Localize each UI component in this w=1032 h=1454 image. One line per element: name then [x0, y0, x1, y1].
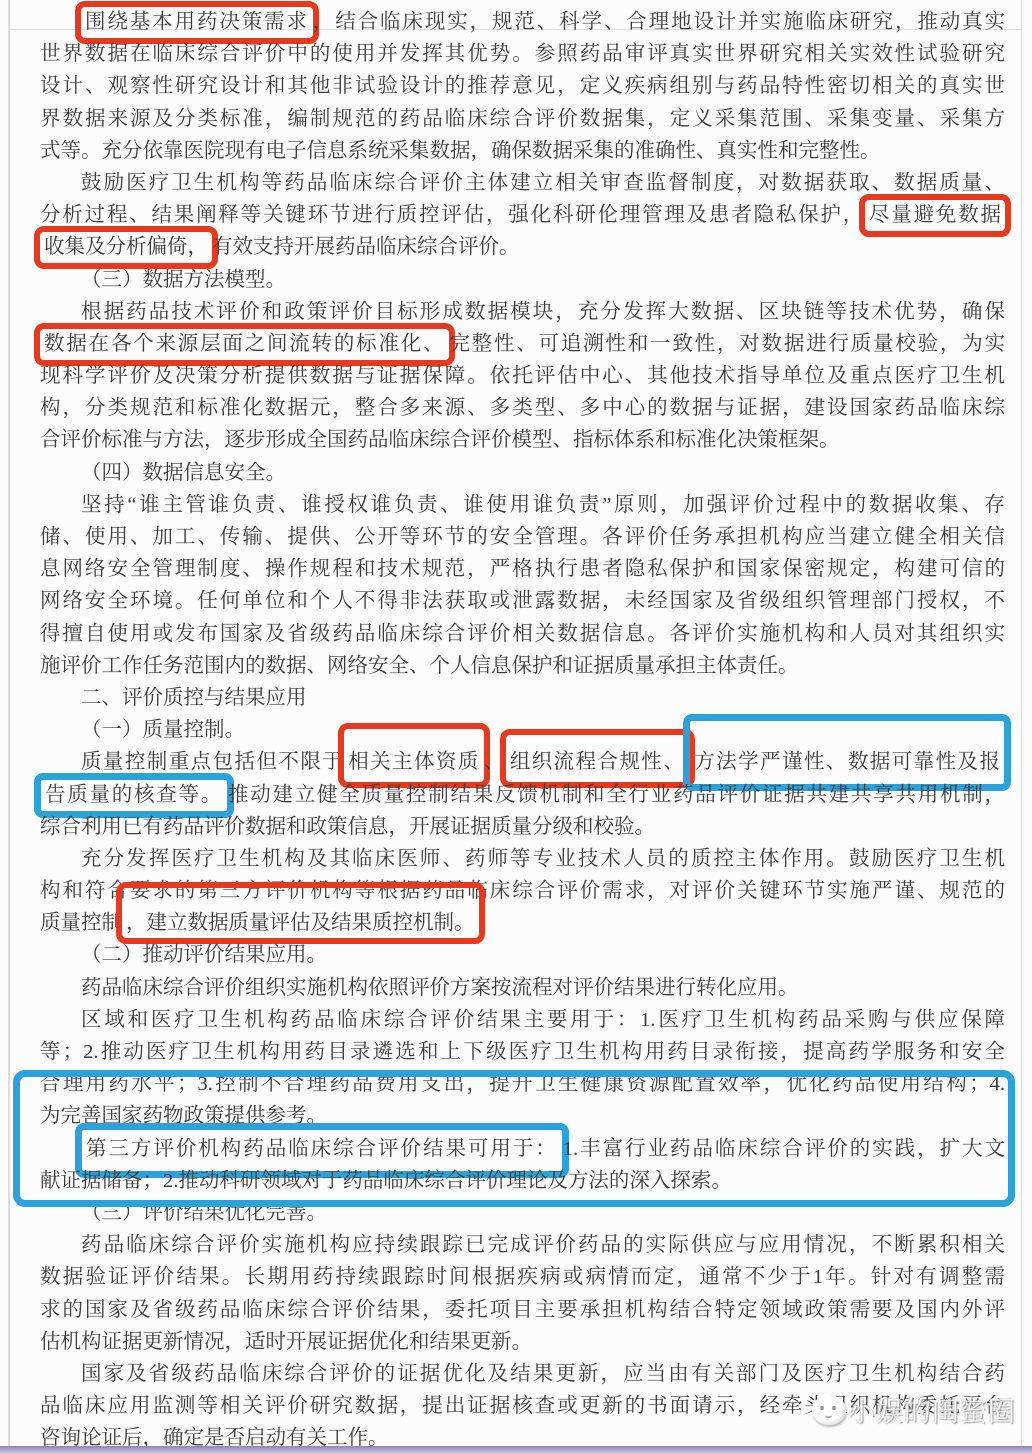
text-segment: 根据药品技术评价和政策评价目标形成数据模块，充分发挥大数据、区块链等技术优势，确…: [81, 301, 1005, 323]
doc-heading-line: 二、评价质控与结果应用: [40, 682, 1005, 714]
doc-line: 坚持“谁主管谁负责、谁授权谁负责、谁使用谁负责”原则，加强评价过程中的数据收集、…: [40, 489, 1005, 521]
highlight-red: ，建立数据质量评估及结果质控机制。: [116, 882, 485, 944]
text-segment: 鼓励医疗卫生机构等药品临床综合评价主体建立相关审查监督制度，对数据获取、数据质量…: [81, 172, 1005, 194]
text-segment: 界数据来源及分类标准，编制规范的药品临床综合评价数据集，定义采集范围、采集变量、…: [40, 108, 1005, 130]
text-segment: 估机构证据更新情况，适时开展证据优化和结果更新。: [40, 1331, 532, 1353]
doc-line: 鼓励医疗卫生机构等药品临床综合评价主体建立相关审查监督制度，对数据获取、数据质量…: [40, 167, 1005, 199]
text-segment: 推动建立健全质量控制结果反馈机制和全行业药品评价证据共建共享共用机制，: [228, 784, 1005, 806]
doc-line: 药品临床综合评价实施机构应持续跟踪已完成评价药品的实际供应与应用情况，不断累积相…: [40, 1229, 1005, 1261]
doc-line: 式等。充分依靠医院现有电子信息系统采集数据，确保数据采集的准确性、真实性和完整性…: [40, 135, 1005, 167]
text-segment: 坚持“谁主管谁负责、谁授权谁负责、谁使用谁负责”原则，加强评价过程中的数据收集、…: [81, 494, 1005, 516]
doc-line: 储、使用、加工、传输、提供、公开等环节的安全管理。各评价任务承担机构应当建立健全…: [40, 521, 1005, 553]
text-segment: 质量控制: [40, 912, 122, 934]
doc-line: 等；2.推动医疗卫生机构用药目录遴选和上下级医疗卫生机构用药目录衔接，提高药学服…: [40, 1036, 1005, 1068]
doc-heading-line: （三）数据方法模型。: [40, 264, 1005, 296]
text-segment: 求的国家及省级药品临床综合评价结果，委托项目主要承担机构结合特定领域政策需要及国…: [40, 1299, 1005, 1321]
watermark-text: 小娱的闺蜜圈: [848, 1390, 1016, 1429]
doc-line: 综合利用已有药品评价数据和政策信息，开展证据质量分级和校验。: [40, 811, 1005, 843]
text-segment: 区域和医疗卫生机构药品临床综合评价结果主要用于：1.医疗卫生机构药品采购与供应保…: [81, 1009, 1005, 1031]
highlight-blue-region: [13, 1070, 1015, 1207]
text-segment: （三）数据方法模型。: [81, 269, 286, 291]
doc-line: 充分发挥医疗卫生机构及其临床医师、药师等专业技术人员的质控主体作用。鼓励医疗卫生…: [40, 843, 1005, 875]
text-segment: 完整性、可追溯性和一致性，对数据进行质量校验，为实: [449, 333, 1005, 355]
doc-line: 界数据来源及分类标准，编制规范的药品临床综合评价数据集，定义采集范围、采集变量、…: [40, 103, 1005, 135]
doc-line: 药品临床综合评价组织实施机构依照评价方案按流程对评价结果进行转化应用。: [40, 972, 1005, 1004]
doc-line: 求的国家及省级药品临床综合评价结果，委托项目主要承担机构结合特定领域政策需要及国…: [40, 1294, 1005, 1326]
text-segment: 网络安全环境。任何单位和个人不得非法获取或泄露数据，未经国家及省级组织管理部门授…: [40, 590, 1005, 612]
text-segment: （一）质量控制。: [81, 719, 245, 741]
doc-line: 收集及分析偏倚，有效支持开展药品临床综合评价。: [40, 231, 1005, 263]
doc-line: 质量控制，建立数据质量评估及结果质控机制。: [40, 907, 1005, 939]
text-segment: 设计、观察性研究设计和其他非试验设计的推荐意见，定义疾病组别与药品特性密切相关的…: [40, 75, 1005, 97]
text-segment: 综合利用已有药品评价数据和政策信息，开展证据质量分级和校验。: [40, 816, 655, 838]
text-segment: 充分发挥医疗卫生机构及其临床医师、药师等专业技术人员的质控主体作用。鼓励医疗卫生…: [81, 848, 1005, 870]
doc-line: 合评价标准与方法，逐步形成全国药品临床综合评价模型、指标体系和标准化决策框架。: [40, 424, 1005, 456]
doc-heading-line: （二）推动评价结果应用。: [40, 939, 1005, 971]
text-segment: 二、评价质控与结果应用: [81, 687, 307, 709]
text-segment: 质量控制重点包括但不限于: [81, 751, 344, 773]
document-body: 围绕基本用药决策需求，结合临床现实，规范、科学、合理地设计并实施临床研究，推动真…: [0, 0, 1032, 1454]
text-segment: 世界数据在临床综合评价中的使用并发挥其优势。参照药品审评真实世界研究相关实效性试…: [40, 43, 1005, 65]
text-segment: 数据验证评价结果。长期用药持续跟踪时间根据疾病或病情而定，通常不少于1年。针对有…: [40, 1266, 1005, 1288]
doc-heading-line: （四）数据信息安全。: [40, 457, 1005, 489]
doc-line: 得擅自使用或发布国家及省级药品临床综合评价相关数据信息。各评价实施机构和人员对其…: [40, 618, 1005, 650]
bottom-edge-bar: [0, 1446, 1032, 1454]
doc-line: 设计、观察性研究设计和其他非试验设计的推荐意见，定义疾病组别与药品特性密切相关的…: [40, 70, 1005, 102]
doc-line: 数据在各个来源层面之间流转的标准化、完整性、可追溯性和一致性，对数据进行质量校验…: [40, 328, 1005, 360]
text-segment: 式等。充分依靠医院现有电子信息系统采集数据，确保数据采集的准确性、真实性和完整性…: [40, 140, 881, 162]
doc-line: 网络安全环境。任何单位和个人不得非法获取或泄露数据，未经国家及省级组织管理部门授…: [40, 585, 1005, 617]
doc-line: 数据验证评价结果。长期用药持续跟踪时间根据疾病或病情而定，通常不少于1年。针对有…: [40, 1261, 1005, 1293]
doc-line: 告质量的核查等。推动建立健全质量控制结果反馈机制和全行业药品评价证据共建共享共用…: [40, 779, 1005, 811]
text-segment: ，结合临床现实，规范、科学、合理地设计并实施临床研究，推动真实: [313, 11, 1005, 33]
doc-line: 施评价工作任务范围内的数据、网络安全、个人信息保护和证据质量承担主体责任。: [40, 650, 1005, 682]
text-segment: 国家及省级药品临床综合评价的证据优化及结果更新，应当由有关部门及医疗卫生机构结合…: [81, 1363, 1005, 1385]
doc-line: 息网络安全管理制度、操作规程和技术规范，严格执行患者隐私保护和国家保密规定，构建…: [40, 553, 1005, 585]
watermark: 小娱的闺蜜圈: [812, 1390, 1016, 1429]
text-segment: （四）数据信息安全。: [81, 462, 286, 484]
watermark-mascot-icon: [812, 1395, 846, 1425]
text-segment: 药品临床综合评价实施机构应持续跟踪已完成评价药品的实际供应与应用情况，不断累积相…: [81, 1234, 1005, 1256]
text-segment: 息网络安全管理制度、操作规程和技术规范，严格执行患者隐私保护和国家保密规定，构建…: [40, 558, 1005, 580]
text-segment: 得擅自使用或发布国家及省级药品临床综合评价相关数据信息。各评价实施机构和人员对其…: [40, 623, 1005, 645]
text-segment: 等；2.推动医疗卫生机构用药目录遴选和上下级医疗卫生机构用药目录衔接，提高药学服…: [40, 1041, 1005, 1063]
doc-line: 估机构证据更新情况，适时开展证据优化和结果更新。: [40, 1326, 1005, 1358]
doc-line: 世界数据在临床综合评价中的使用并发挥其优势。参照药品审评真实世界研究相关实效性试…: [40, 38, 1005, 70]
text-segment: （二）推动评价结果应用。: [81, 944, 327, 966]
text-segment: 合评价标准与方法，逐步形成全国药品临床综合评价模型、指标体系和标准化决策框架。: [40, 429, 840, 451]
doc-line: 国家及省级药品临床综合评价的证据优化及结果更新，应当由有关部门及医疗卫生机构结合…: [40, 1358, 1005, 1390]
text-segment: 储、使用、加工、传输、提供、公开等环节的安全管理。各评价任务承担机构应当建立健全…: [40, 526, 1005, 548]
text-segment: 施评价工作任务范围内的数据、网络安全、个人信息保护和证据质量承担主体责任。: [40, 655, 799, 677]
highlight-red: 收集及分析偏倚，: [34, 226, 218, 269]
highlight-red: 尽量避免数据: [859, 194, 1011, 237]
doc-line: 区域和医疗卫生机构药品临床综合评价结果主要用于：1.医疗卫生机构药品采购与供应保…: [40, 1004, 1005, 1036]
text-segment: 有效支持开展药品临床综合评价。: [212, 236, 520, 258]
doc-line: 构，分类规范和标准化数据元，整合多来源、多类型、多中心的数据与证据，建设国家药品…: [40, 392, 1005, 424]
doc-line: 现科学评价及决策分析提供数据与证据保障。依托评估中心、其他技术指导单位及重点医疗…: [40, 360, 1005, 392]
text-segment: 现科学评价及决策分析提供数据与证据保障。依托评估中心、其他技术指导单位及重点医疗…: [40, 365, 1005, 387]
text-segment: 分析过程、结果阐释等关键环节进行质控评估，强化科研伦理管理及患者隐私保护，: [40, 204, 865, 226]
text-segment: 构，分类规范和标准化数据元，整合多来源、多类型、多中心的数据与证据，建设国家药品…: [40, 397, 1005, 419]
text-segment: 药品临床综合评价组织实施机构依照评价方案按流程对评价结果进行转化应用。: [81, 977, 799, 999]
doc-line: 围绕基本用药决策需求，结合临床现实，规范、科学、合理地设计并实施临床研究，推动真…: [40, 6, 1005, 38]
